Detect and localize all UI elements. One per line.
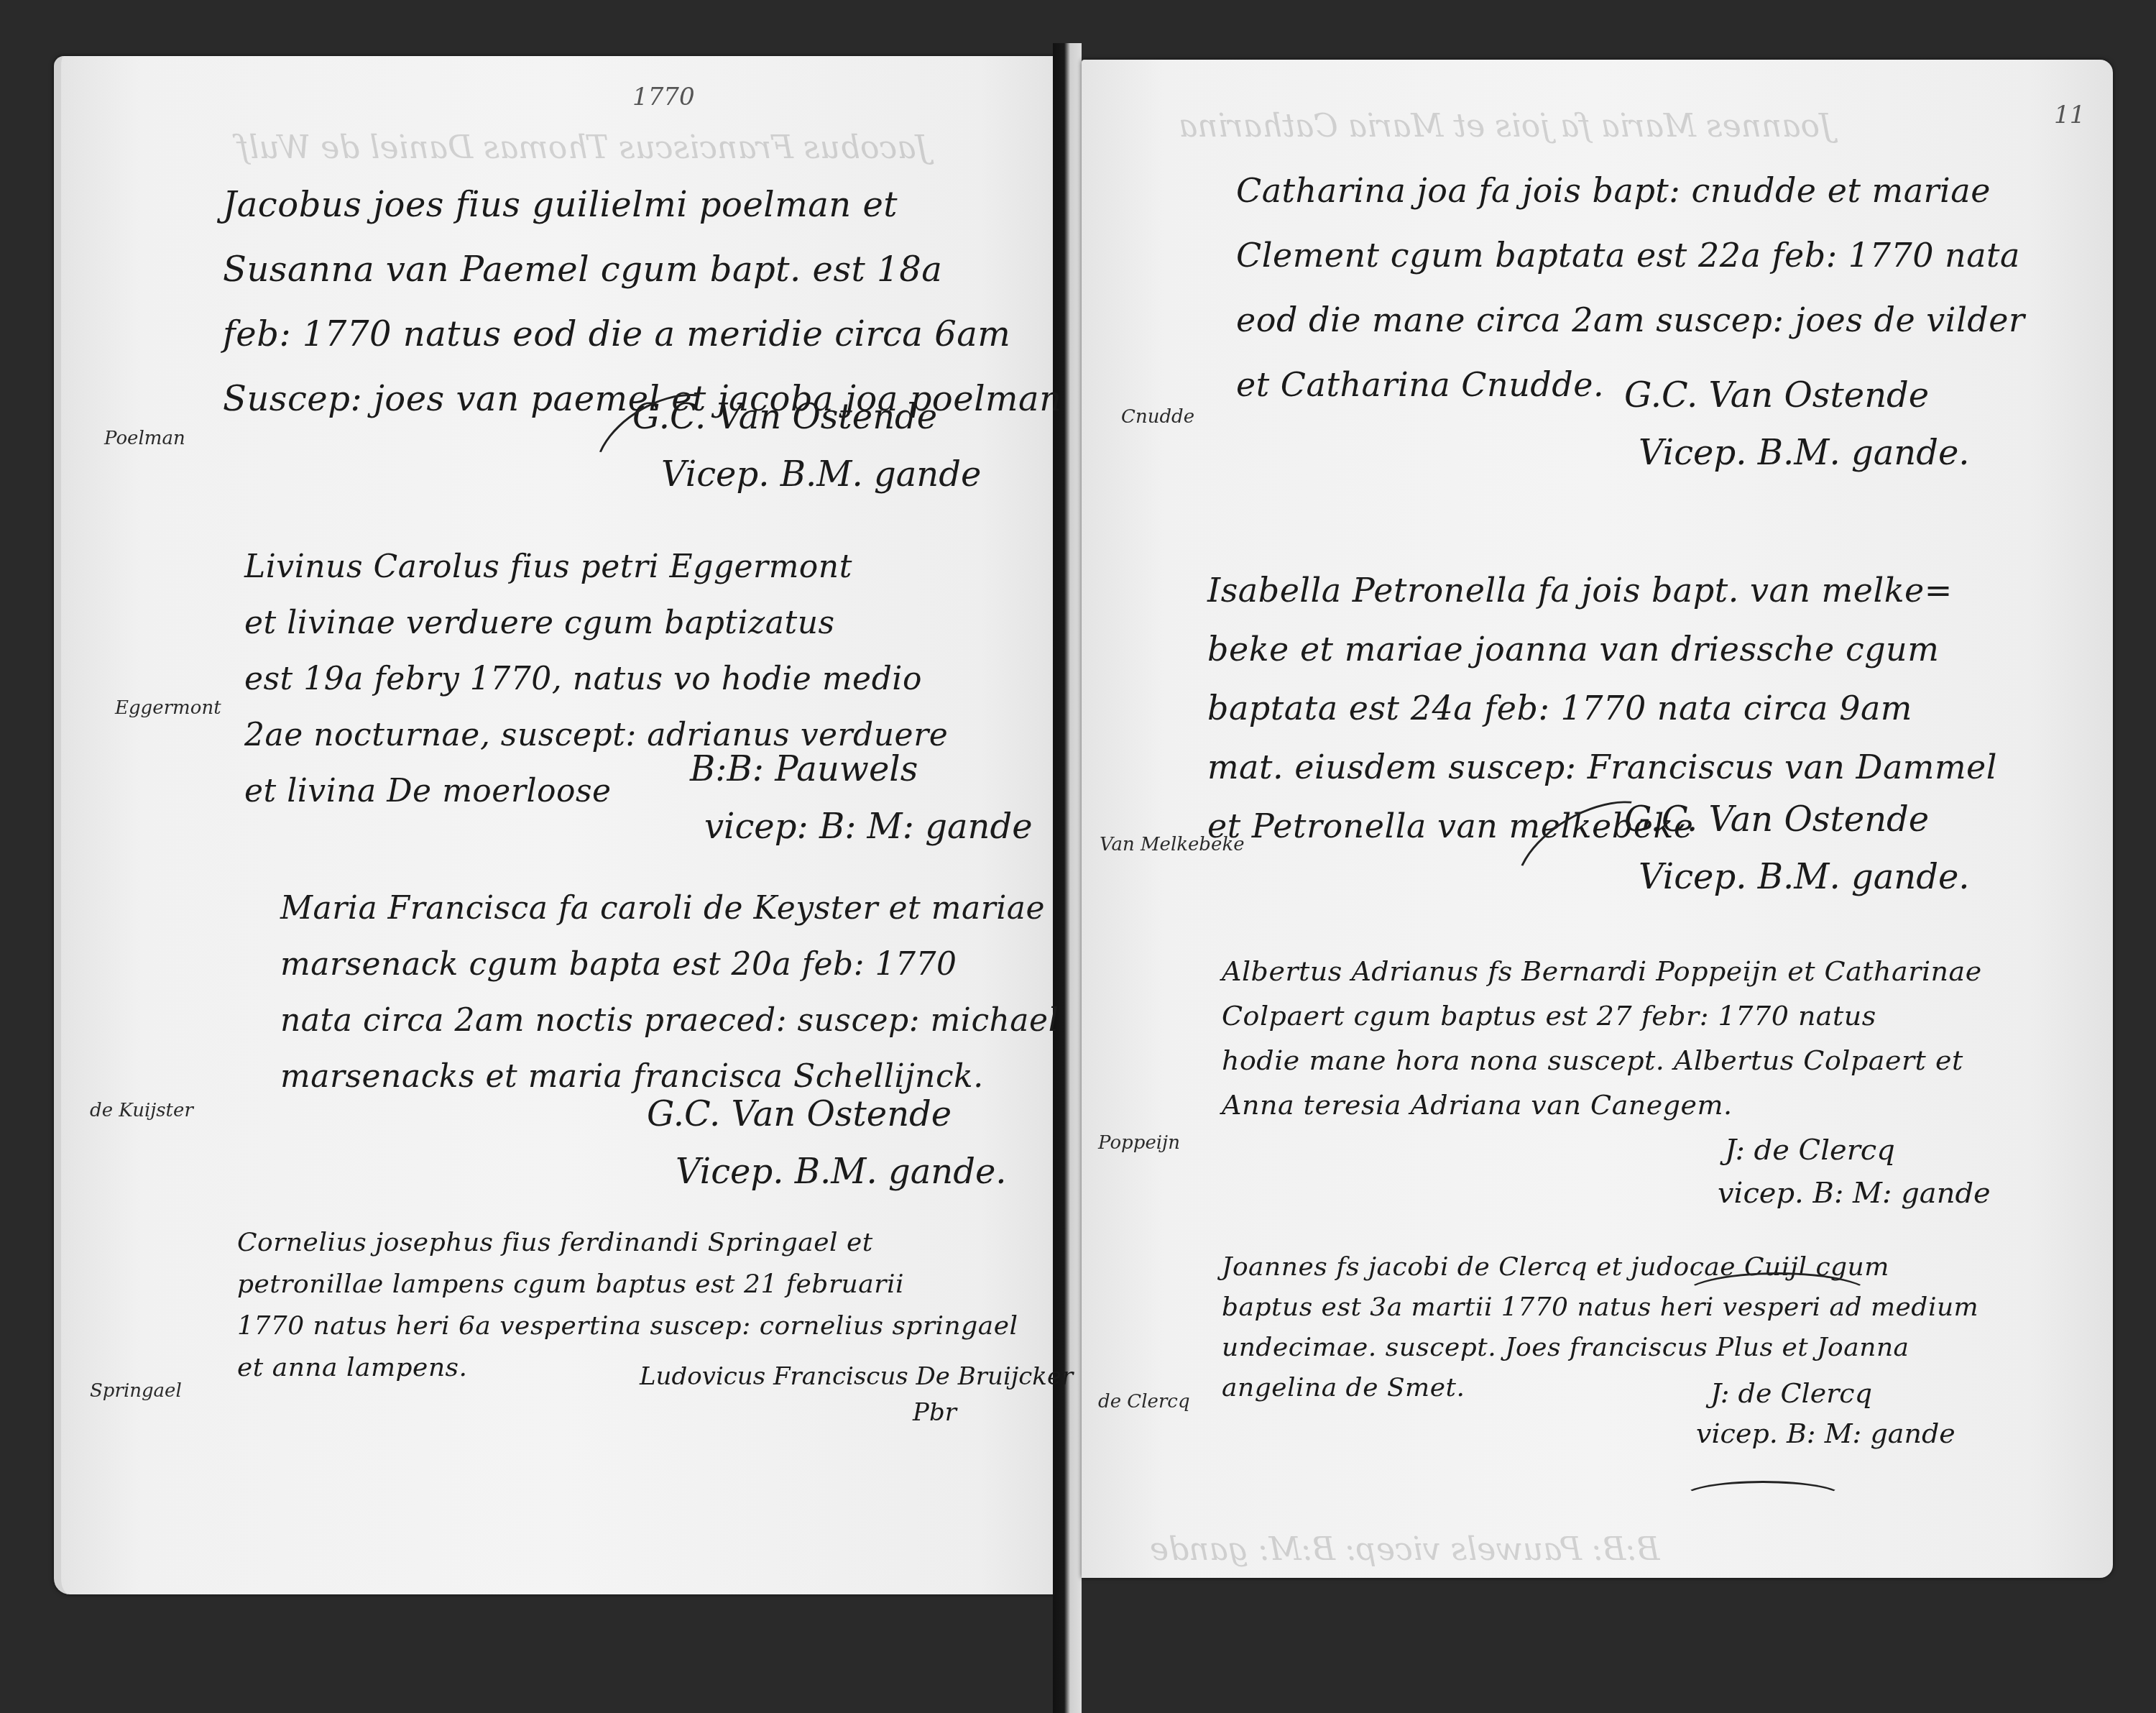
folio-number-right: 11 bbox=[2054, 101, 2085, 129]
priest-signature: J: de Clercq vicep. B: M: gande bbox=[1710, 1373, 1955, 1453]
margin-surname: Poppeijn bbox=[1098, 1132, 1180, 1154]
bleed-through-text: Jacobus Franciscus Thomas Daniel de Wulf bbox=[237, 129, 929, 166]
margin-surname: de Kuijster bbox=[90, 1100, 193, 1121]
bleed-through-text: B:B: Pauwels vicep: B:M: gande bbox=[1150, 1531, 1659, 1568]
priest-signature: G.C. Van Ostende Vicep. B.M. gande. bbox=[647, 1085, 1007, 1200]
margin-surname: Eggermont bbox=[115, 697, 221, 719]
priest-signature: B:B: Pauwels vicep: B: M: gande bbox=[690, 740, 1033, 855]
margin-surname: de Clercq bbox=[1098, 1391, 1190, 1413]
margin-surname: Poelman bbox=[104, 428, 185, 449]
priest-signature: G.C. Van Ostende Vicep. B.M. gande. bbox=[1624, 367, 1970, 482]
baptism-entry: Albertus Adrianus fs Bernardi Poppeijn e… bbox=[1222, 949, 1982, 1127]
bleed-through-text: Joannes Maria fa jois et Maria Catharina bbox=[1179, 108, 1833, 144]
margin-surname: Springael bbox=[90, 1380, 182, 1402]
priest-signature: G.C. Van Ostende Vicep. B.M. gande. bbox=[1624, 791, 1970, 906]
priest-signature: Ludovicus Franciscus De Bruijcker Pbr bbox=[640, 1359, 1073, 1430]
margin-surname: Cnudde bbox=[1121, 406, 1194, 428]
folio-number-left: 1770 bbox=[632, 83, 695, 111]
baptism-entry: Maria Francisca fa caroli de Keyster et … bbox=[280, 881, 1059, 1105]
signature-flourish-icon bbox=[1682, 1272, 1873, 1320]
signature-flourish-icon bbox=[1682, 1481, 1844, 1514]
margin-surname: Van Melkebeke bbox=[1100, 834, 1245, 855]
priest-signature: J: de Clercq vicep. B: M: gande bbox=[1725, 1129, 1991, 1215]
